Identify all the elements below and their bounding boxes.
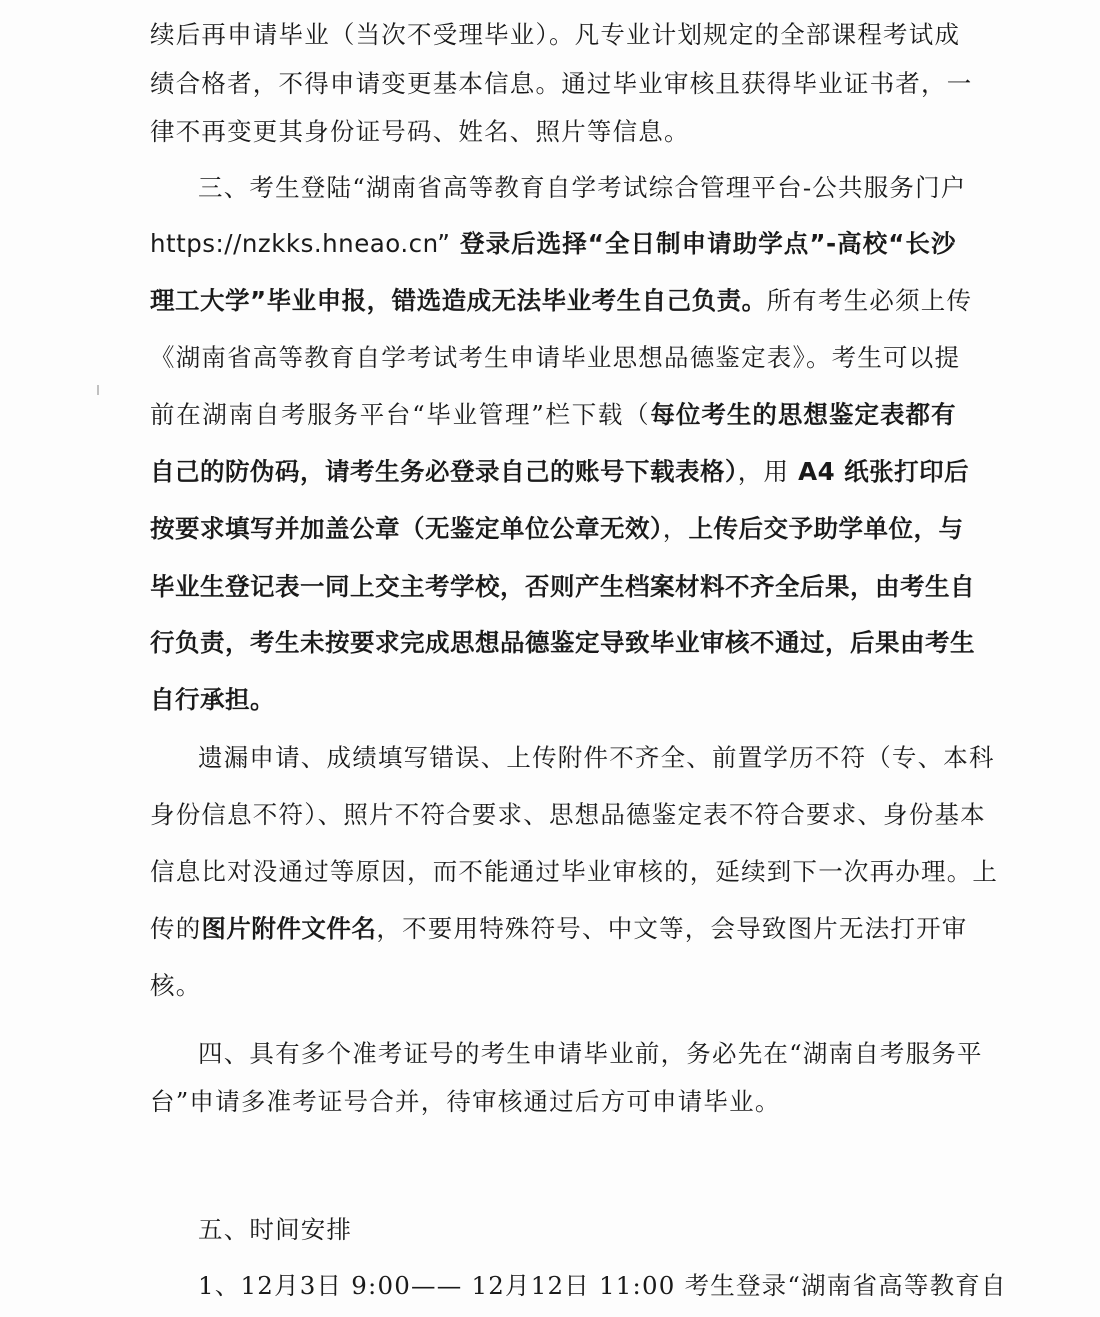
text-line: 核。 [150,971,956,1001]
document-page: 续后再申请毕业（当次不受理毕业）。凡专业计划规定的全部课程考试成 绩合格者，不得… [0,0,1100,1317]
text-line: 按要求填写并加盖公章（无鉴定单位公章无效），上传后交予助学单位，与 [150,514,956,544]
text-span: 前在湖南自考服务平台“毕业管理”栏下载（ [150,400,650,429]
bold-text: 图片附件文件名 [201,914,376,943]
bold-text: 自己的防伪码，请考生务必登录自己的账号下载表格） [150,457,738,486]
text-span: 所有考生必须上传 [767,286,973,315]
bold-text: 上传后交予助学单位，与 [688,514,963,543]
text-line: 传的图片附件文件名，不要用特殊符号、中文等，会导致图片无法打开审 [150,914,956,944]
schedule-item-1: 1、12月3日 9:00—— 12月12日 11:00 考生登录“湖南省高等教育… [198,1271,956,1301]
text-line: 自行承担。 [150,685,956,715]
scan-artifact [97,385,99,395]
text-line: 前在湖南自考服务平台“毕业管理”栏下载（每位考生的思想鉴定表都有 [150,400,956,430]
bold-text: A4 纸张打印后 [798,457,969,486]
text-line: 《湖南省高等教育自学考试考生申请毕业思想品德鉴定表》。考生可以提 [150,343,956,373]
text-span: ，用 [738,457,798,486]
section-5-heading: 五、时间安排 [198,1215,956,1245]
section-4-line: 四、具有多个准考证号的考生申请毕业前，务必先在“湖南自考服务平 [198,1039,956,1069]
bold-text: 按要求填写并加盖公章（无鉴定单位公章无效） [150,514,663,543]
text-line: 自己的防伪码，请考生务必登录自己的账号下载表格），用 A4 纸张打印后 [150,457,956,487]
bold-text: 理工大学”毕业申报，错选造成无法毕业考生自己负责。 [150,286,767,315]
text-span: ， [663,514,689,543]
text-line: 行负责，考生未按要求完成思想品德鉴定导致毕业审核不通过，后果由考生 [150,628,956,658]
text-line: 续后再申请毕业（当次不受理毕业）。凡专业计划规定的全部课程考试成 [150,20,956,50]
portal-url: https://nzkks.hneao.cn” [150,229,450,258]
text-span: 传的 [150,914,201,943]
text-span: ，不要用特殊符号、中文等，会导致图片无法打开审 [376,914,967,943]
text-line: 台”申请多准考证号合并，待审核通过后方可申请毕业。 [150,1087,956,1117]
text-line: 遗漏申请、成绩填写错误、上传附件不齐全、前置学历不符（专、本科 [198,743,956,773]
text-line: 绩合格者，不得申请变更基本信息。通过毕业审核且获得毕业证书者，一 [150,69,956,99]
text-line: 理工大学”毕业申报，错选造成无法毕业考生自己负责。所有考生必须上传 [150,286,956,316]
bold-text: 每位考生的思想鉴定表都有 [650,400,956,429]
text-line: 身份信息不符）、照片不符合要求、思想品德鉴定表不符合要求、身份基本 [150,800,956,830]
text-line: 毕业生登记表一同上交主考学校，否则产生档案材料不齐全后果，由考生自 [150,572,956,602]
text-line: 律不再变更其身份证号码、姓名、照片等信息。 [150,117,956,147]
text-line: https://nzkks.hneao.cn” 登录后选择“全日制申请助学点”-… [150,229,956,259]
text-line: 信息比对没通过等原因，而不能通过毕业审核的，延续到下一次再办理。上 [150,857,956,887]
section-3-heading-line: 三、考生登陆“湖南省高等教育自学考试综合管理平台-公共服务门户 [198,173,956,203]
bold-text: 登录后选择“全日制申请助学点”-高校“长沙 [460,229,956,258]
